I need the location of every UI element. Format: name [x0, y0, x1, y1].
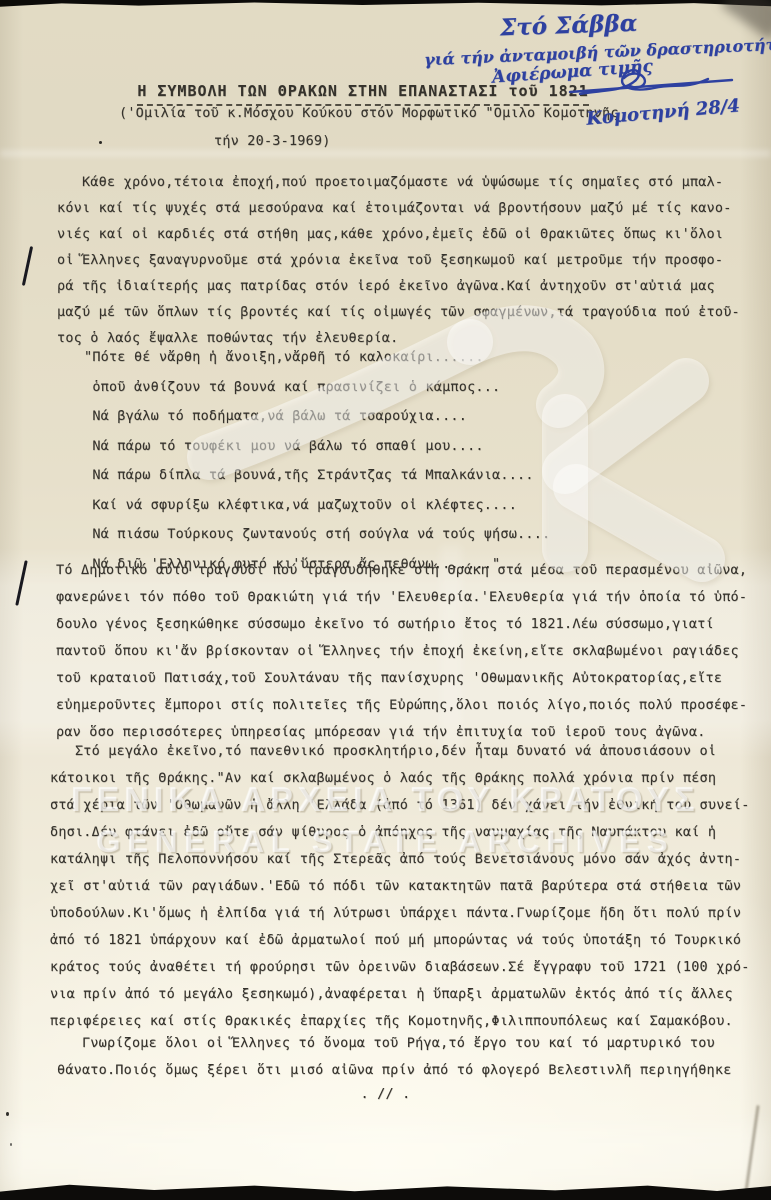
- page-continuation-mark: . // .: [0, 1086, 771, 1102]
- subtitle-line-1: ('Ομιλία τοῦ κ.Μόσχου Κούκου στόν Μορφωτ…: [119, 105, 619, 121]
- paper-crease: [0, 150, 771, 157]
- scan-bottom-glow: [0, 1126, 771, 1186]
- ink-speck: [99, 141, 102, 144]
- scanned-document-page: Η ΣΥΜΒΟΛΗ ΤΩΝ ΘΡΑΚΩΝ ΣΤΗΝ ΕΠΑΝΑΣΤΑΣΙ τοῦ…: [0, 0, 771, 1200]
- paragraph-2: Τό Δημοτικό αὐτό τραγούδι πού τραγουδήθη…: [56, 557, 747, 746]
- paragraph-4: Γνωρίζομε ὅλοι οἱ Ἕλληνες τό ὄνομα τοῦ Ρ…: [57, 1030, 732, 1084]
- paragraph-3: Στό μεγάλο ἐκεῖνο,τό πανεθνικό προσκλητή…: [50, 738, 750, 1035]
- handwritten-dedication-line-1: Στό Σάββα: [500, 10, 638, 42]
- folk-song-verse: "Πότε θέ νἄρθη ἡ ἄνοιξη,νἄρθῆ τό καλοκαί…: [84, 343, 550, 579]
- ink-speck: [6, 1112, 9, 1116]
- paragraph-1: Κάθε χρόνο,τέτοια ἐποχή,πού προετοιμαζόμ…: [57, 169, 740, 351]
- subtitle-line-2: τήν 20-3-1969): [214, 133, 331, 149]
